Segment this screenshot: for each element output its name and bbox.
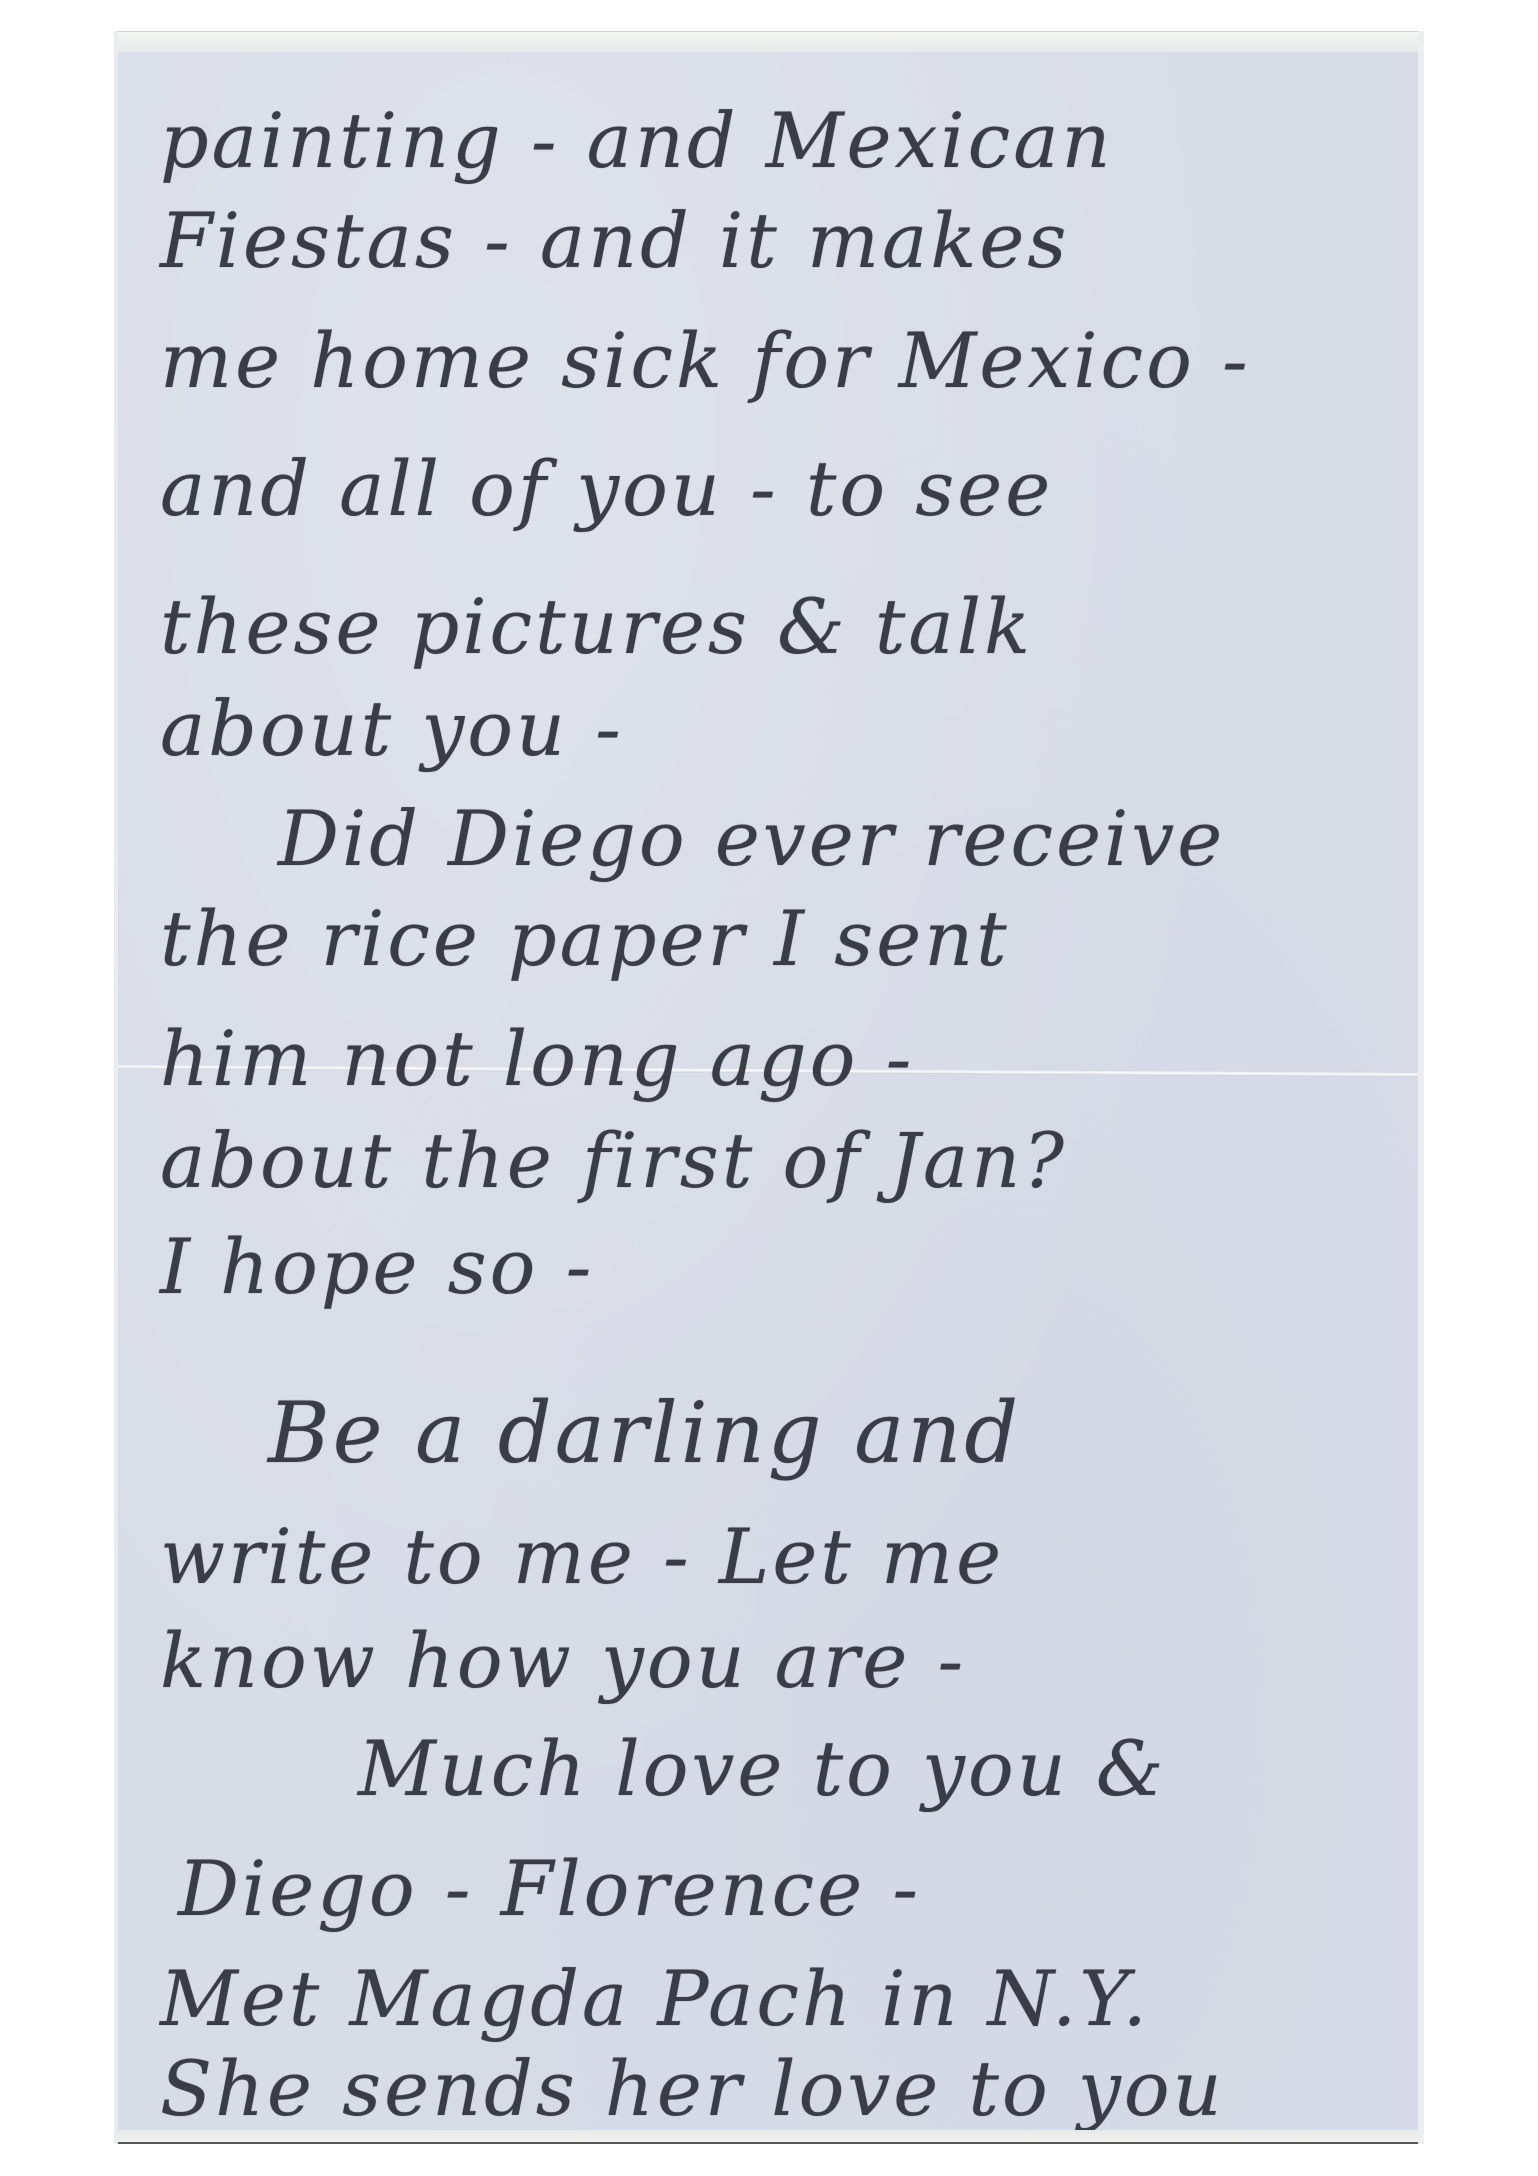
- letter-line: painting - and Mexican: [160, 103, 1114, 179]
- letter-signature: Diego - Florence -: [178, 1851, 921, 1927]
- letter-closing: Much love to you &: [358, 1731, 1166, 1807]
- letter-line: him not long ago -: [160, 1021, 914, 1097]
- letter-line: and all of you - to see: [160, 451, 1053, 527]
- letter-line: Be a darling and: [268, 1391, 1021, 1475]
- paper-bottom-edge: [118, 2130, 1418, 2144]
- letter-line: Did Diego ever receive: [278, 801, 1225, 877]
- letter-line: I hope so -: [160, 1229, 594, 1305]
- letter-text: painting - and Mexican Fiestas - and it …: [118, 31, 1418, 2144]
- letter-line: about you -: [160, 691, 624, 767]
- letter-postscript: Met Magda Pach in N.Y.: [160, 1961, 1150, 2037]
- letter-line: know how you are -: [160, 1623, 966, 1699]
- letter-line: the rice paper I sent: [160, 901, 1010, 977]
- letter-line: about the first of Jan?: [160, 1123, 1067, 1199]
- letter-line: these pictures & talk: [160, 589, 1033, 665]
- letter-line: Fiestas - and it makes: [160, 203, 1069, 279]
- letter-line: write to me - Let me: [160, 1519, 1004, 1595]
- letter-page: painting - and Mexican Fiestas - and it …: [114, 31, 1424, 2144]
- letter-postscript: She sends her love to you: [160, 2051, 1225, 2127]
- letter-line: me home sick for Mexico -: [160, 323, 1251, 399]
